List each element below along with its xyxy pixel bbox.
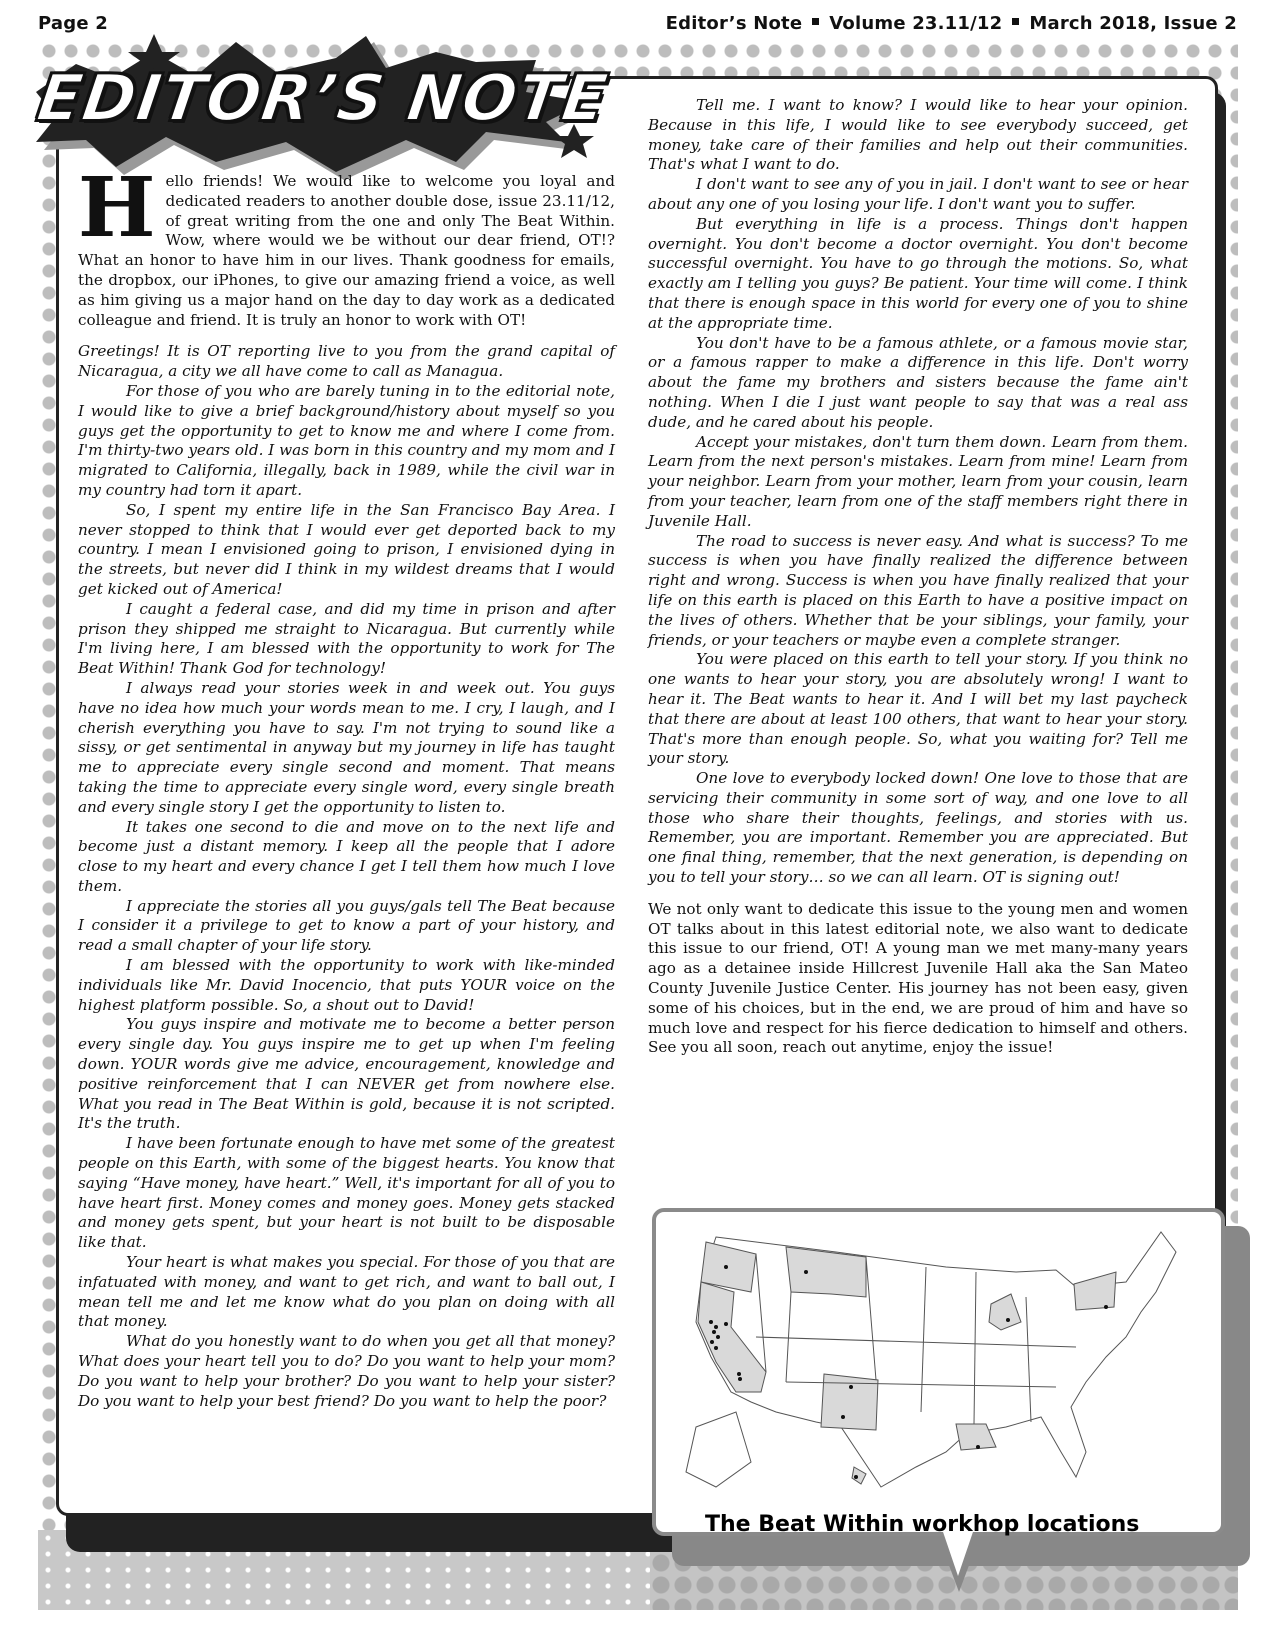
letter-paragraph: I have been fortunate enough to have met… <box>78 1134 615 1253</box>
right-column: Tell me. I want to know? I would like to… <box>648 96 1188 1058</box>
letter-paragraph: Accept your mistakes, don't turn them do… <box>648 433 1188 532</box>
letter-paragraph: So, I spent my entire life in the San Fr… <box>78 501 615 600</box>
letter-paragraph: The road to success is never easy. And w… <box>648 532 1188 651</box>
letter-paragraph: You don't have to be a famous athlete, o… <box>648 334 1188 433</box>
page-title: EDITOR’S NOTE <box>33 62 612 136</box>
section-name: Editor’s Note <box>666 13 803 34</box>
map-callout <box>652 1208 1225 1536</box>
letter-paragraph: What do you honestly want to do when you… <box>78 1332 615 1411</box>
letter-paragraph: I caught a federal case, and did my time… <box>78 600 615 679</box>
running-head: Editor’s NoteVolume 23.11/12March 2018, … <box>666 13 1237 34</box>
letter-paragraph: One love to everybody locked down! One l… <box>648 769 1188 888</box>
letter-opening: Greetings! It is OT reporting live to yo… <box>78 342 615 382</box>
letter-paragraph: Tell me. I want to know? I would like to… <box>648 96 1188 175</box>
bullet-separator-icon <box>812 18 819 25</box>
drop-cap: H <box>78 176 155 240</box>
letter-paragraph: You were placed on this earth to tell yo… <box>648 650 1188 769</box>
closing-paragraph: We not only want to dedicate this issue … <box>648 900 1188 1058</box>
us-map-icon <box>656 1212 1221 1512</box>
letter-paragraph: I appreciate the stories all you guys/ga… <box>78 897 615 956</box>
letter-paragraph: For those of you who are barely tuning i… <box>78 382 615 501</box>
letter-paragraph: But everything in life is a process. Thi… <box>648 215 1188 334</box>
left-column: Hello friends! We would like to welcome … <box>78 172 615 1411</box>
map-caption: The Beat Within workhop locations <box>705 1512 1139 1537</box>
letter-paragraph: You guys inspire and motivate me to beco… <box>78 1015 615 1134</box>
letter-paragraph: I am blessed with the opportunity to wor… <box>78 956 615 1015</box>
volume-label: Volume 23.11/12 <box>829 13 1002 34</box>
letter-paragraph: It takes one second to die and move on t… <box>78 818 615 897</box>
letter-paragraph: I don't want to see any of you in jail. … <box>648 175 1188 215</box>
issue-date: March 2018, Issue 2 <box>1029 13 1237 34</box>
bullet-separator-icon <box>1012 18 1019 25</box>
intro-paragraph: Hello friends! We would like to welcome … <box>78 172 615 330</box>
letter-paragraph: I always read your stories week in and w… <box>78 679 615 818</box>
letter-paragraph: Your heart is what makes you special. Fo… <box>78 1253 615 1332</box>
